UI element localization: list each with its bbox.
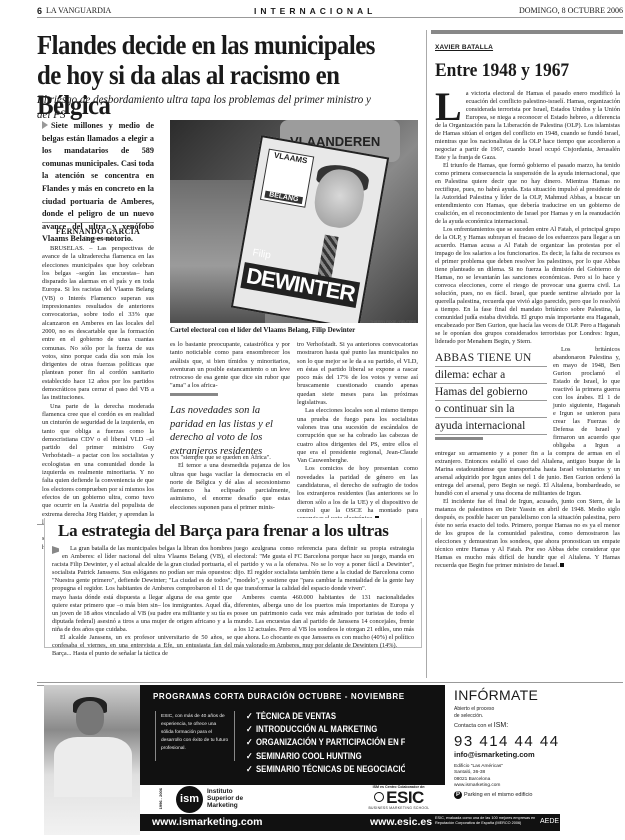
- ad-intro: ESIC, con más de 40 años de experiencia,…: [155, 711, 235, 761]
- article-column-1: BRUSELAS. – Las perspectivas de avance d…: [42, 245, 154, 552]
- ad-black-panel: PROGRAMAS CORTA DURACIÓN OCTUBRE - NOVIE…: [140, 685, 405, 785]
- paragraph: es lo bastante preocupante, catastrófica…: [170, 341, 290, 391]
- article-column-2-bottom: nos "siempre que se queden en África". E…: [170, 454, 290, 512]
- ism-logo-icon: ism: [176, 786, 203, 813]
- article-column-2-top: es lo bastante preocupante, catastrófica…: [170, 341, 290, 391]
- check-icon: ✓: [246, 724, 252, 734]
- main-subheadline: El riesgo de desbordamiento ultra tapa l…: [37, 92, 387, 122]
- end-mark-icon: [560, 563, 564, 567]
- paragraph: Los enfrentamientos que se suceden entre…: [435, 226, 620, 346]
- paragraph-text: La gran batalla de las municipales belga…: [52, 545, 232, 633]
- pullquote-bar: [435, 437, 483, 440]
- ad-photo-body: [54, 737, 132, 797]
- paragraph: tro Verhofstadt. Si ya anteriores convoc…: [297, 341, 418, 407]
- ad-black-panel-ext: [405, 685, 445, 785]
- opinion-body: La victoria electoral de Hamas el pasado…: [435, 90, 620, 570]
- paragraph: El incidente fue el final de Irgun, acus…: [435, 498, 620, 570]
- party-logo: VLAAMS BELANG: [260, 149, 314, 208]
- pullquote-line: dilema: echar a: [435, 367, 547, 384]
- address: Edificio "Las Américas" Santaló, 36-38 0…: [454, 764, 624, 790]
- paragraph: juego azulgrana como referencia para def…: [234, 545, 414, 594]
- esic-logo: ESIC: [344, 789, 454, 806]
- paragraph: Amberes cuenta 460.000 habitantes de 131…: [234, 594, 414, 651]
- byline: FERNANDO GARCÍA Corresponsal: [42, 222, 154, 242]
- esic-logo-block: ISM es Centro Colaborador de: ESIC BUSIN…: [344, 785, 454, 814]
- election-poster: VLAAMS BELANG Filip DEWINTER: [231, 135, 389, 323]
- info-sub: Abierto el proceso de selección.: [454, 706, 624, 720]
- info-contact: Contacta con el ISM:: [454, 722, 624, 729]
- paragraph: BRUSELAS. – Las perspectivas de avance d…: [42, 245, 154, 403]
- page-number: 6: [37, 6, 42, 16]
- party-name-1: VLAAMS: [268, 150, 313, 167]
- check-icon: ✓: [246, 764, 252, 774]
- email-link[interactable]: info@ismarketing.com: [454, 750, 624, 759]
- ism-logo-block: 1996 - 2006 ism Instituto Superior de Ma…: [140, 785, 335, 814]
- ad-info: INFÓRMATE Abierto el proceso de selecció…: [454, 687, 624, 799]
- check-icon: ✓: [246, 711, 252, 721]
- advertisement: PROGRAMAS CORTA DURACIÓN OCTUBRE - NOVIE…: [44, 685, 624, 835]
- pullquote: Las novedades son la paridad en las list…: [170, 393, 290, 458]
- opinion-title: Entre 1948 y 1967: [435, 60, 569, 82]
- publication-name: LA VANGUARDIA: [46, 6, 111, 15]
- page-header: 6 LA VANGUARDIA INTERNACIONAL DOMINGO, 8…: [37, 4, 623, 18]
- header-left: 6 LA VANGUARDIA: [37, 6, 111, 16]
- photo-credit: THIERRY ROGE / REUTERS: [370, 320, 416, 324]
- sidebar-column-1: La gran batalla de las municipales belga…: [52, 545, 232, 658]
- paragraph: El temor a una desmedida pujanza de los …: [170, 462, 290, 512]
- ism-name: Instituto Superior de Marketing: [207, 788, 243, 809]
- aede-logo: AEDE: [540, 818, 559, 825]
- esic-url-link[interactable]: www.esic.es: [370, 816, 432, 828]
- paragraph-text: El incidente fue el final de Irgun, acus…: [435, 498, 620, 569]
- article-column-3: tro Verhofstadt. Si ya anteriores convoc…: [297, 341, 418, 524]
- opinion-author: XAVIER BATALLA: [435, 44, 493, 51]
- photo-caption: Cartel electoral con el líder del Vlaams…: [170, 326, 355, 334]
- ism-years: 1996 - 2006: [158, 788, 163, 809]
- paragraph: El alcalde Janssens, un ex profesor univ…: [52, 634, 232, 658]
- poster-surname: DEWINTER: [240, 262, 360, 308]
- check-icon: ✓: [246, 751, 252, 761]
- pullquote-text: Las novedades son la paridad en las list…: [170, 404, 290, 458]
- parking-info: PParking en el mismo edificio: [454, 791, 624, 799]
- paragraph: La gran batalla de las municipales belga…: [52, 545, 232, 634]
- paragraph-text: a victoria electoral de Hamas el pasado …: [435, 90, 620, 161]
- pullquote-line: o continuar sin la: [435, 401, 547, 418]
- article-photo: VLAANDEREN VLAAMS BELANG Filip DEWINTER: [170, 120, 418, 323]
- esic-evaluation: ESIC, evaluada como una de las 100 mejor…: [435, 816, 540, 825]
- ad-photo-head: [76, 701, 104, 735]
- ad-footer-bar: www.ismarketing.com www.esic.es ESIC, ev…: [140, 814, 560, 831]
- phone-number: 93 414 44 44: [454, 733, 624, 750]
- sidebar-column-2: juego azulgrana como referencia para def…: [234, 545, 414, 650]
- opinion-pullquote: ABBAS TIENE UN dilema: echar a Hamas del…: [435, 350, 547, 440]
- ad-photo: [44, 685, 140, 835]
- lead-bullet-icon: [42, 121, 48, 129]
- paragraph-text: Los comicios de hoy presentan como noved…: [297, 465, 418, 522]
- ism-url-link[interactable]: www.ismarketing.com: [152, 816, 262, 828]
- drop-cap: L: [435, 90, 462, 123]
- author-role: Corresponsal: [42, 236, 154, 242]
- paragraph: nos "siempre que se queden en África".: [170, 454, 290, 462]
- author-name: FERNANDO GARCÍA: [42, 227, 154, 236]
- pullquote-line: Hamas del gobierno: [435, 384, 547, 401]
- paragraph: Una parte de la derecha moderada flamenc…: [42, 403, 154, 527]
- section-name: INTERNACIONAL: [254, 6, 376, 16]
- paragraph: La victoria electoral de Hamas el pasado…: [435, 90, 620, 162]
- pullquote-bar: [170, 393, 218, 396]
- esic-tagline: BUSINESS MARKETING SCHOOL: [344, 806, 454, 810]
- paragraph: Los comicios de hoy presentan como noved…: [297, 465, 418, 523]
- issue-date: DOMINGO, 8 OCTUBRE 2006: [519, 6, 623, 15]
- info-title: INFÓRMATE: [454, 687, 624, 703]
- paragraph: Las elecciones locales son al mismo tiem…: [297, 407, 418, 465]
- paragraph: El triunfo de Hamas, que formó gobierno …: [435, 162, 620, 226]
- parking-icon: P: [454, 791, 462, 799]
- opinion-column: XAVIER BATALLA Entre 1948 y 1967 La vict…: [426, 30, 623, 678]
- drop-marker-icon: [52, 546, 59, 554]
- pullquote-line: ayuda internacional: [435, 418, 547, 435]
- sidebar-headline: La estrategia del Barça para frenar a lo…: [58, 521, 389, 541]
- party-name-2: BELANG: [264, 191, 303, 204]
- poster-firstname: Filip: [252, 247, 272, 261]
- opinion-top-bar: [431, 30, 623, 34]
- check-icon: ✓: [246, 737, 252, 747]
- esic-seal-icon: [374, 792, 384, 802]
- pullquote-line: ABBAS TIENE UN: [435, 350, 547, 367]
